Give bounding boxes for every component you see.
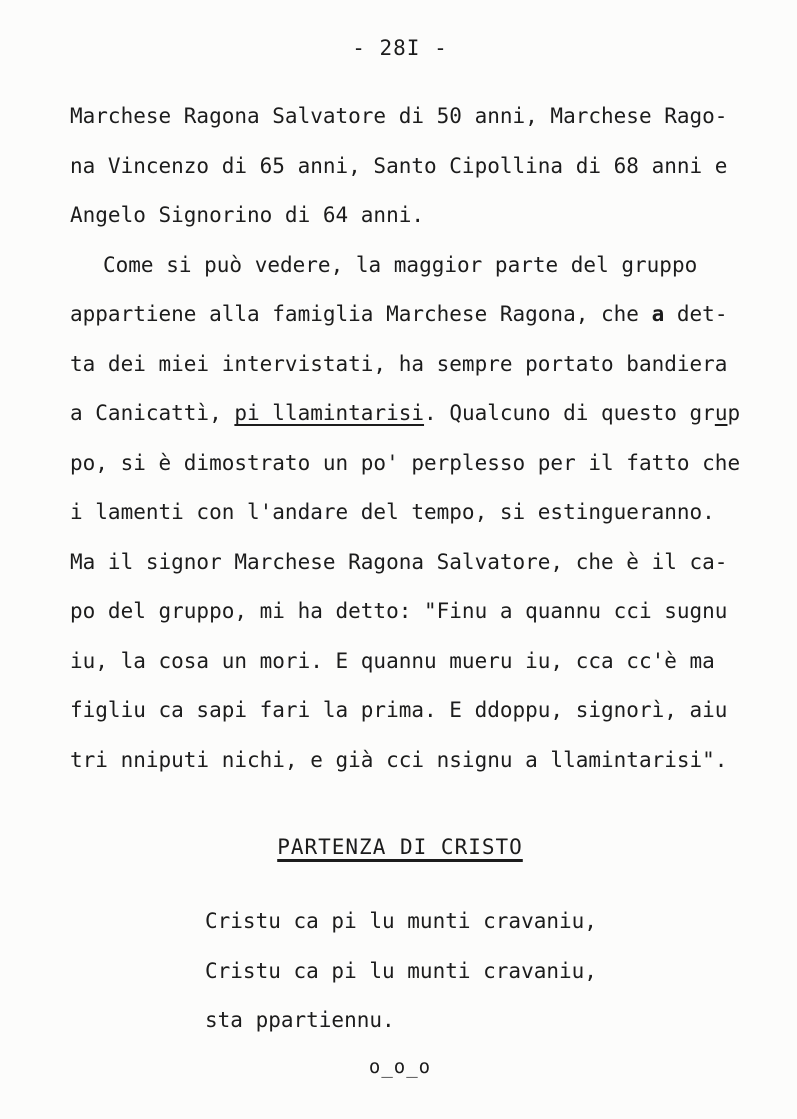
text-line: po del gruppo, mi ha detto: "Finu a quan… — [70, 587, 730, 637]
page-content: - 28I - Marchese Ragona Salvatore di 50 … — [70, 34, 730, 1080]
text-line: tri nniputi nichi, e già cci nsignu a ll… — [70, 736, 730, 786]
text-line: iu, la cosa un mori. E quannu mueru iu, … — [70, 637, 730, 687]
text-line: po, si è dimostrato un po' perplesso per… — [70, 439, 730, 489]
text-segment: Cristu ca pi lu munti cravaniu, — [205, 909, 597, 933]
text-segment: po, si è dimostrato un po' perplesso per… — [70, 451, 740, 475]
body-paragraphs: Marchese Ragona Salvatore di 50 anni, Ma… — [70, 92, 730, 785]
text-segment: na Vincenzo di 65 anni, Santo Cipollina … — [70, 154, 727, 178]
text-segment: iu, la cosa un mori. E quannu mueru iu, … — [70, 649, 715, 673]
text-segment: a Canicattì, — [70, 401, 234, 425]
text-segment: appartiene alla famiglia Marchese Ragona… — [70, 302, 652, 326]
text-segment: Ma il signor Marchese Ragona Salvatore, … — [70, 550, 727, 574]
text-line: i lamenti con l'andare del tempo, si est… — [70, 488, 730, 538]
text-line: ta dei miei intervistati, ha sempre port… — [70, 340, 730, 390]
text-line: Cristu ca pi lu munti cravaniu, — [205, 897, 730, 947]
end-divider: o_o_o — [70, 1054, 730, 1080]
text-segment: Angelo Signorino di 64 anni. — [70, 203, 424, 227]
text-segment: Cristu ca pi lu munti cravaniu, — [205, 959, 597, 983]
text-segment: Marchese Ragona Salvatore di 50 anni, Ma… — [70, 104, 727, 128]
underlined-text: u — [715, 401, 728, 425]
underlined-text: pi llamintarisi — [234, 401, 424, 425]
section-heading: PARTENZA DI CRISTO — [70, 833, 730, 861]
text-segment: po del gruppo, mi ha detto: "Finu a quan… — [70, 599, 727, 623]
text-line: Marchese Ragona Salvatore di 50 anni, Ma… — [70, 92, 730, 142]
page-number: - 28I - — [70, 34, 730, 62]
text-segment: p — [727, 401, 740, 425]
text-line: appartiene alla famiglia Marchese Ragona… — [70, 290, 730, 340]
section-heading-text: PARTENZA DI CRISTO — [277, 835, 523, 859]
text-line: na Vincenzo di 65 anni, Santo Cipollina … — [70, 142, 730, 192]
text-line: a Canicattì, pi llamintarisi. Qualcuno d… — [70, 389, 730, 439]
text-segment: a — [652, 302, 665, 326]
text-segment: Come si può vedere, la maggior parte del… — [103, 253, 697, 277]
text-line: Come si può vedere, la maggior parte del… — [70, 241, 730, 291]
text-segment: det- — [664, 302, 727, 326]
text-line: Cristu ca pi lu munti cravaniu, — [205, 947, 730, 997]
text-segment: tri nniputi nichi, e già cci nsignu a ll… — [70, 748, 727, 772]
text-line: Angelo Signorino di 64 anni. — [70, 191, 730, 241]
text-line: sta ppartiennu. — [205, 996, 730, 1046]
text-segment: sta ppartiennu. — [205, 1008, 395, 1032]
text-segment: i lamenti con l'andare del tempo, si est… — [70, 500, 715, 524]
text-line: figliu ca sapi fari la prima. E ddoppu, … — [70, 686, 730, 736]
text-line: Ma il signor Marchese Ragona Salvatore, … — [70, 538, 730, 588]
text-segment: figliu ca sapi fari la prima. E ddoppu, … — [70, 698, 727, 722]
document-page: - 28I - Marchese Ragona Salvatore di 50 … — [0, 0, 797, 1119]
text-segment: ta dei miei intervistati, ha sempre port… — [70, 352, 727, 376]
verse: Cristu ca pi lu munti cravaniu,Cristu ca… — [70, 897, 730, 1046]
text-segment: . Qualcuno di questo gr — [424, 401, 715, 425]
